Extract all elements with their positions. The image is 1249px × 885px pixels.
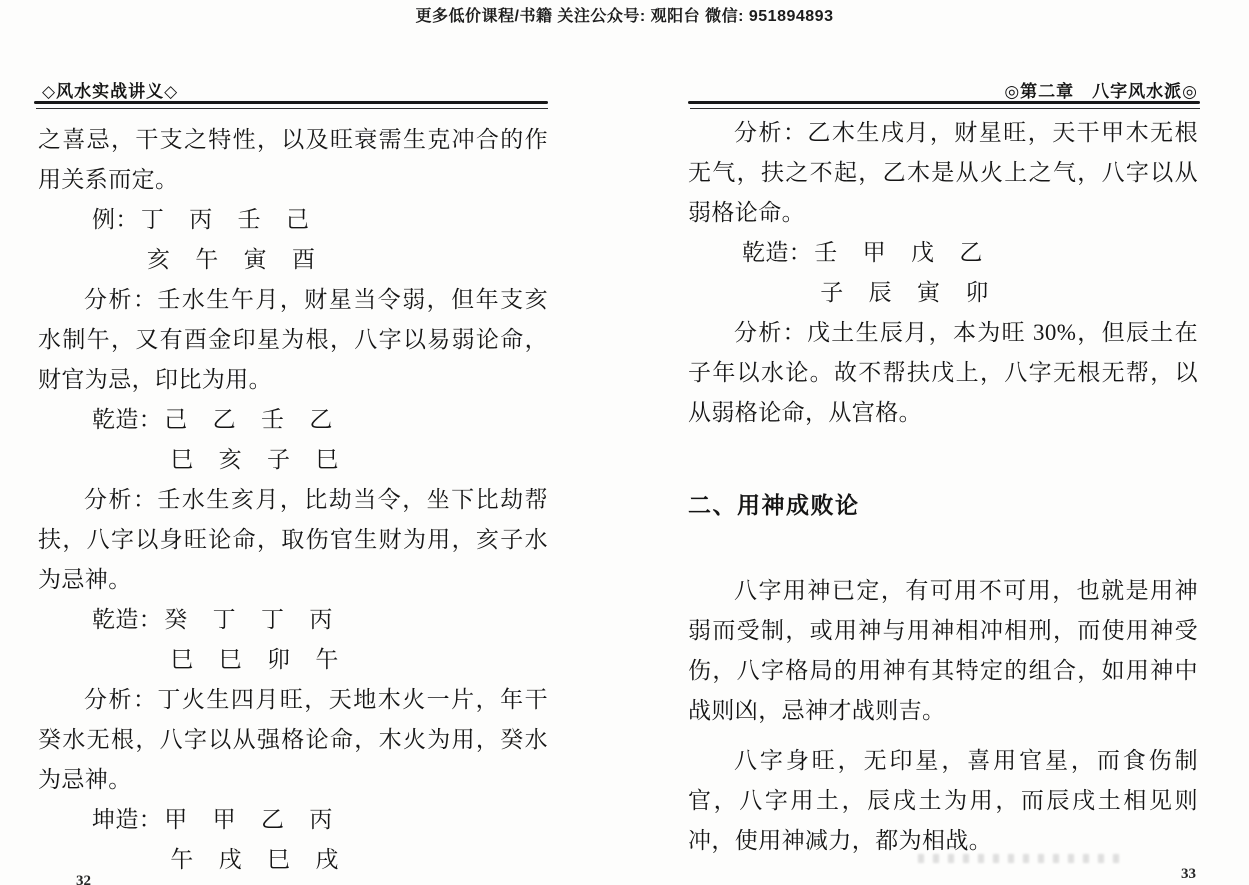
heavenly-stem: 己 (164, 400, 187, 440)
earthly-branch: 子 (820, 273, 843, 313)
earthly-branches: 巳亥子巳 (170, 440, 339, 480)
section-heading: 二、用神成败论 (688, 485, 1198, 525)
heavenly-stem: 乙 (261, 800, 284, 840)
paragraph: 八字身旺，无印星，喜用官星，而食伤制官，八字用土，辰戌土为用，而辰戌土相见则冲，… (688, 741, 1198, 861)
heavenly-stems: 己乙壬乙 (164, 400, 333, 440)
bazi-label: 坤造： (92, 800, 162, 840)
earthly-branches: 子辰寅卯 (820, 273, 989, 313)
heavenly-stem: 癸 (164, 600, 187, 640)
bazi-chart: 乾造：癸丁丁丙乾造：巳巳卯午 (38, 600, 548, 680)
paragraph: 分析：丁火生四月旺，天地木火一片，年干癸水无根，八字以从强格论命，木火为用，癸水… (38, 680, 548, 800)
heavenly-stems: 癸丁丁丙 (164, 600, 333, 640)
bazi-branches-row: 乾造：巳亥子巳 (38, 440, 548, 480)
earthly-branch: 寅 (244, 240, 267, 280)
bazi-chart: 坤造：甲甲乙丙坤造：午戌巳戌 (38, 800, 548, 880)
earthly-branch: 辰 (869, 273, 892, 313)
heavenly-stem: 丙 (189, 200, 212, 240)
bazi-label: 乾造： (92, 600, 162, 640)
heavenly-stem: 丁 (261, 600, 284, 640)
earthly-branch: 戌 (315, 840, 338, 880)
paragraph: 分析：乙木生戌月，财星旺，天干甲木无根无气，扶之不起，乙木是从火上之气，八字以从… (688, 113, 1198, 233)
heavenly-stem: 壬 (238, 200, 261, 240)
watermark-header: 更多低价课程/书籍 关注公众号: 观阳台 微信: 951894893 (0, 7, 1249, 27)
heavenly-stem: 乙 (959, 233, 982, 273)
paragraph: 之喜忌，干支之特性，以及旺衰需生克冲合的作用关系而定。 (38, 120, 548, 200)
bazi-branches-row: 例：亥午寅酉 (38, 240, 548, 280)
bazi-stems-row: 乾造：壬甲戊乙 (688, 233, 1198, 273)
earthly-branch: 巳 (267, 840, 290, 880)
earthly-branch: 戌 (219, 840, 242, 880)
bazi-label: 乾造： (92, 400, 162, 440)
bazi-stems-row: 乾造：癸丁丁丙 (38, 600, 548, 640)
bazi-chart: 乾造：壬甲戊乙乾造：子辰寅卯 (688, 233, 1198, 313)
earthly-branch: 卯 (965, 273, 988, 313)
scan-bleed-artifact (918, 854, 1123, 863)
earthly-branch: 巳 (315, 440, 338, 480)
earthly-branch: 巳 (170, 640, 193, 680)
page-number-left: 32 (76, 873, 91, 885)
paragraph: 分析：壬水生午月，财星当令弱，但年支亥水制午，又有酉金印星为根，八字以易弱论命，… (38, 280, 548, 400)
heavenly-stem: 丙 (309, 800, 332, 840)
right-header-title: ◎第二章 八字风水派◎ (1004, 77, 1198, 102)
right-page-body: 分析：乙木生戌月，财星旺，天干甲木无根无气，扶之不起，乙木是从火上之气，八字以从… (688, 113, 1198, 861)
earthly-branch: 亥 (219, 440, 242, 480)
page-number-right: 33 (1181, 866, 1196, 883)
heavenly-stem: 丁 (141, 200, 164, 240)
paragraph: 分析：戊土生辰月，本为旺 30%，但辰土在子年以水论。故不帮扶戊上，八字无根无帮… (688, 313, 1198, 433)
bazi-stems-row: 坤造：甲甲乙丙 (38, 800, 548, 840)
bazi-branches-row: 乾造：巳巳卯午 (38, 640, 548, 680)
heavenly-stems: 丁丙壬己 (141, 200, 310, 240)
bazi-branches-row: 坤造：午戌巳戌 (38, 840, 548, 880)
earthly-branch: 卯 (267, 640, 290, 680)
left-header-title: ◇风水实战讲义◇ (42, 77, 178, 102)
heavenly-stem: 壬 (261, 400, 284, 440)
earthly-branch: 巳 (170, 440, 193, 480)
scanned-book-spread: 更多低价课程/书籍 关注公众号: 观阳台 微信: 951894893 ◇风水实战… (0, 0, 1249, 885)
header-rule-thin (690, 108, 1200, 109)
bazi-stems-row: 乾造：己乙壬乙 (38, 400, 548, 440)
earthly-branch: 寅 (917, 273, 940, 313)
heavenly-stem: 戊 (911, 233, 934, 273)
earthly-branches: 亥午寅酉 (147, 240, 316, 280)
earthly-branch: 子 (267, 440, 290, 480)
earthly-branch: 午 (170, 840, 193, 880)
heavenly-stem: 甲 (213, 800, 236, 840)
earthly-branches: 巳巳卯午 (170, 640, 339, 680)
heavenly-stem: 乙 (309, 400, 332, 440)
heavenly-stems: 壬甲戊乙 (814, 233, 983, 273)
heavenly-stem: 甲 (863, 233, 886, 273)
bazi-stems-row: 例：丁丙壬己 (38, 200, 548, 240)
paragraph: 八字用神已定，有可用不可用，也就是用神弱而受制，或用神与用神相冲相刑，而使用神受… (688, 571, 1198, 731)
paragraph: 分析：壬水生亥月，比劫当令，坐下比劫帮扶，八字以身旺论命，取伤官生财为用，亥子水… (38, 480, 548, 600)
right-running-header: ◎第二章 八字风水派◎ (688, 84, 1200, 110)
bazi-label: 例： (92, 200, 139, 240)
header-rule-thin (36, 108, 548, 109)
left-page-body: 之喜忌，干支之特性，以及旺衰需生克冲合的作用关系而定。例：丁丙壬己例：亥午寅酉分… (38, 120, 548, 880)
earthly-branch: 酉 (292, 240, 315, 280)
heavenly-stem: 丁 (213, 600, 236, 640)
earthly-branch: 亥 (147, 240, 170, 280)
bazi-chart: 例：丁丙壬己例：亥午寅酉 (38, 200, 548, 280)
bazi-label: 乾造： (742, 233, 812, 273)
heavenly-stem: 壬 (814, 233, 837, 273)
heavenly-stems: 甲甲乙丙 (164, 800, 333, 840)
bazi-branches-row: 乾造：子辰寅卯 (688, 273, 1198, 313)
bazi-chart: 乾造：己乙壬乙乾造：巳亥子巳 (38, 400, 548, 480)
earthly-branches: 午戌巳戌 (170, 840, 339, 880)
earthly-branch: 巳 (219, 640, 242, 680)
heavenly-stem: 己 (286, 200, 309, 240)
heavenly-stem: 乙 (213, 400, 236, 440)
earthly-branch: 午 (195, 240, 218, 280)
earthly-branch: 午 (315, 640, 338, 680)
heavenly-stem: 丙 (309, 600, 332, 640)
heavenly-stem: 甲 (164, 800, 187, 840)
left-running-header: ◇风水实战讲义◇ (34, 84, 548, 110)
